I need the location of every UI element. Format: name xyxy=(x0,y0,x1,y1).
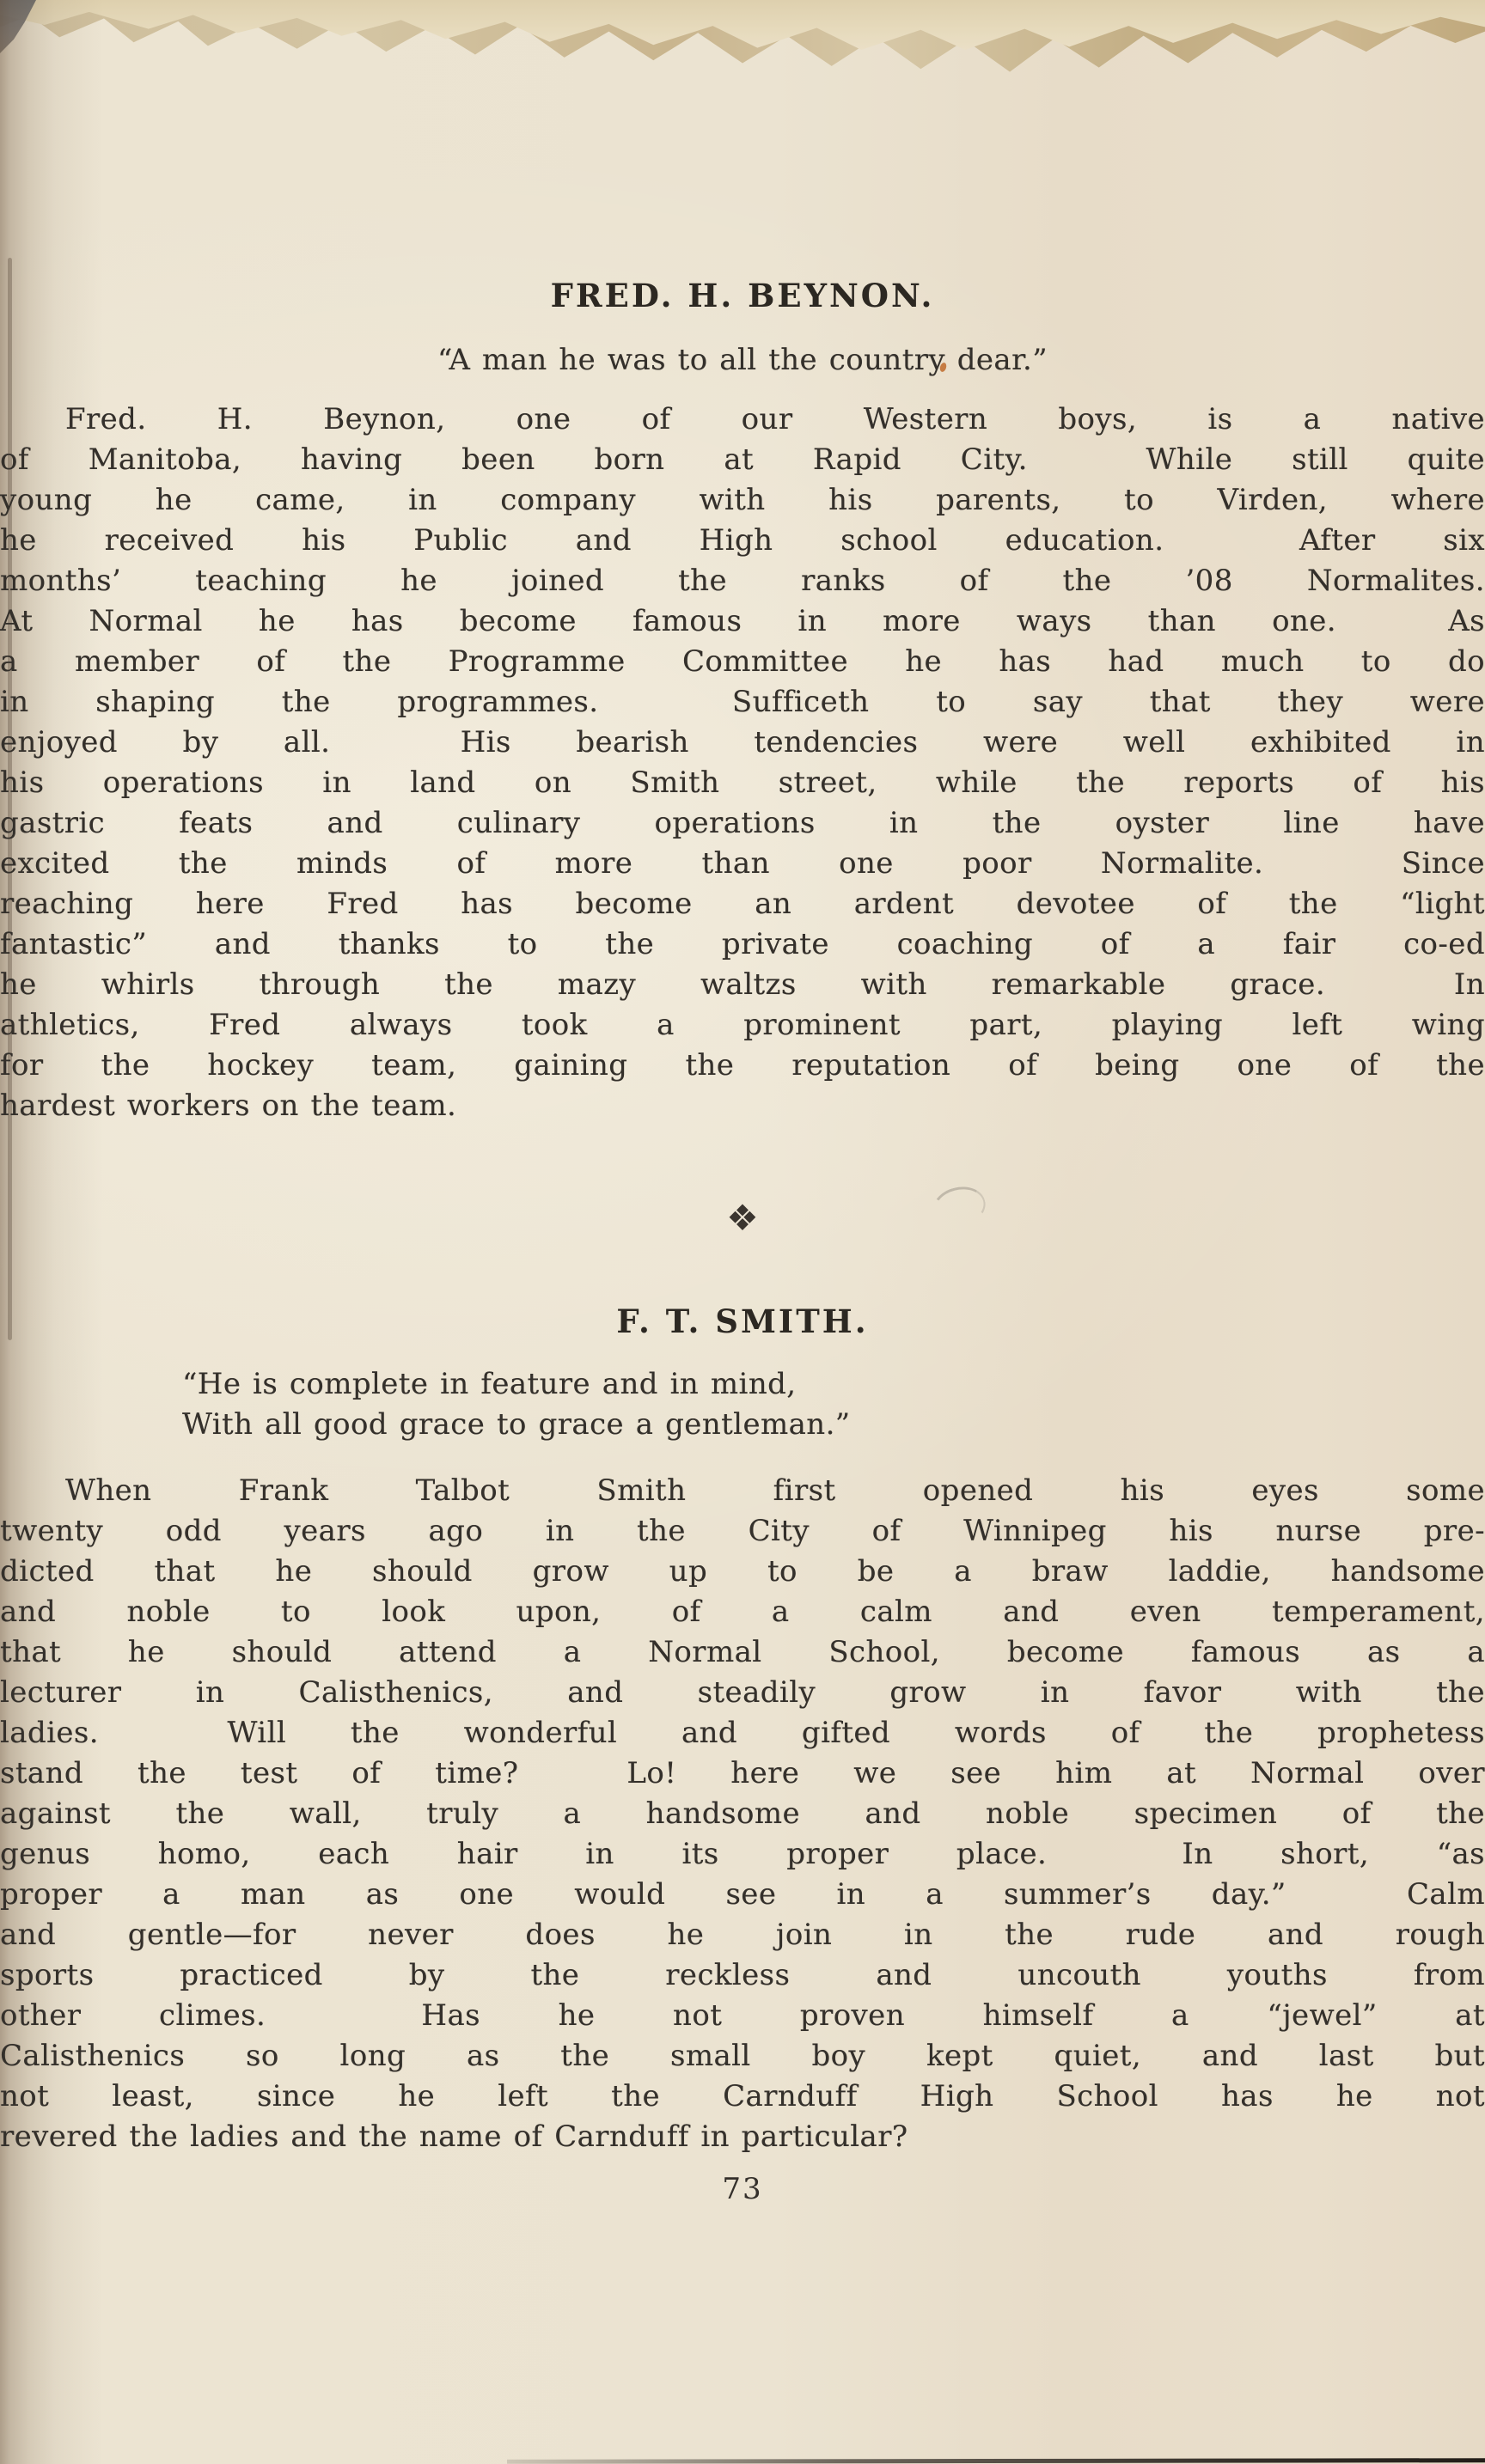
text-line: a member of the Programme Committee he h… xyxy=(0,642,1485,682)
text-line: against the wall, truly a handsome and n… xyxy=(0,1794,1485,1834)
text-line: enjoyed by all. His bearish tendencies w… xyxy=(0,723,1485,763)
entry-body-smith: When Frank Talbot Smith first opened his… xyxy=(0,1471,1485,2157)
text-line: reaching here Fred has become an ardent … xyxy=(0,884,1485,924)
text-line: months’ teaching he joined the ranks of … xyxy=(0,561,1485,601)
text-line: gastric feats and culinary operations in… xyxy=(0,803,1485,844)
entry-heading-beynon: FRED. H. BEYNON. xyxy=(0,277,1485,314)
text-line: that he should attend a Normal School, b… xyxy=(0,1632,1485,1673)
text-line: lecturer in Calisthenics, and steadily g… xyxy=(0,1673,1485,1713)
text-line: sports practiced by the reckless and unc… xyxy=(0,1955,1485,1996)
text-line: ladies. Will the wonderful and gifted wo… xyxy=(0,1713,1485,1753)
text-line: genus homo, each hair in its proper plac… xyxy=(0,1834,1485,1875)
text-line: twenty odd years ago in the City of Winn… xyxy=(0,1511,1485,1552)
text-line: excited the minds of more than one poor … xyxy=(0,844,1485,884)
text-line: When Frank Talbot Smith first opened his… xyxy=(0,1471,1485,1511)
text-line: he whirls through the mazy waltzs with r… xyxy=(0,965,1485,1005)
text-line: stand the test of time? Lo! here we see … xyxy=(0,1753,1485,1794)
scanned-book-page: { "page": { "number": "73", "divider_gly… xyxy=(0,0,1485,2464)
text-line: for the hockey team, gaining the reputat… xyxy=(0,1046,1485,1086)
text-line: dicted that he should grow up to be a br… xyxy=(0,1552,1485,1592)
text-line: young he came, in company with his paren… xyxy=(0,480,1485,521)
entry-quote-smith: “He is complete in feature and in mind,W… xyxy=(0,1364,1485,1445)
text-line: and noble to look upon, of a calm and ev… xyxy=(0,1592,1485,1632)
text-line: revered the ladies and the name of Carnd… xyxy=(0,2117,1485,2157)
text-line: “He is complete in feature and in mind, xyxy=(182,1364,1485,1405)
text-line: At Normal he has become famous in more w… xyxy=(0,601,1485,642)
entry-quote-beynon: “A man he was to all the country dear.” xyxy=(0,340,1485,381)
text-line: and gentle—for never does he join in the… xyxy=(0,1915,1485,1955)
text-line: proper a man as one would see in a summe… xyxy=(0,1875,1485,1915)
text-line: Fred. H. Beynon, one of our Western boys… xyxy=(0,399,1485,440)
text-line: With all good grace to grace a gentleman… xyxy=(182,1405,1485,1445)
text-line: hardest workers on the team. xyxy=(0,1086,1485,1126)
text-line: of Manitoba, having been born at Rapid C… xyxy=(0,440,1485,480)
section-divider: ❖ xyxy=(0,1199,1485,1237)
text-line: Calisthenics so long as the small boy ke… xyxy=(0,2036,1485,2077)
text-line: he received his Public and High school e… xyxy=(0,521,1485,561)
entry-heading-smith: F. T. SMITH. xyxy=(0,1302,1485,1340)
bottom-page-edge-line xyxy=(507,2458,1485,2464)
fleuron-icon: ❖ xyxy=(726,1197,759,1239)
text-line: other climes. Has he not proven himself … xyxy=(0,1996,1485,2036)
text-line: “A man he was to all the country dear.” xyxy=(0,340,1485,381)
text-line: in shaping the programmes. Sufficeth to … xyxy=(0,682,1485,723)
text-line: athletics, Fred always took a prominent … xyxy=(0,1005,1485,1046)
entry-body-beynon: Fred. H. Beynon, one of our Western boys… xyxy=(0,399,1485,1126)
text-line: his operations in land on Smith street, … xyxy=(0,763,1485,803)
text-line: fantastic” and thanks to the private coa… xyxy=(0,924,1485,965)
text-line: not least, since he left the Carnduff Hi… xyxy=(0,2077,1485,2117)
page-number: 73 xyxy=(0,2172,1485,2206)
